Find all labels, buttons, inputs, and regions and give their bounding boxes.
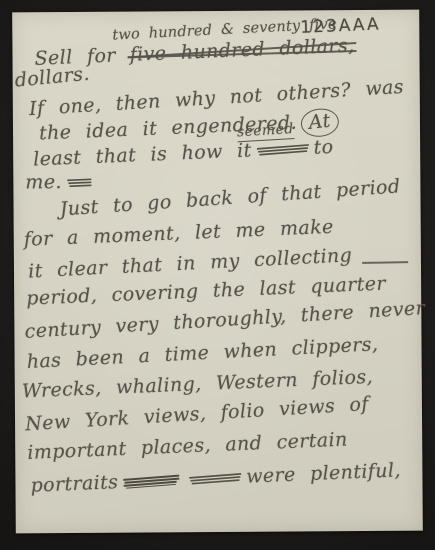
seemed-insert: seemed: [237, 121, 295, 142]
scribbled-out-word: [67, 177, 91, 188]
line-text: were plentiful,: [246, 459, 401, 487]
manuscript-line: me.: [25, 171, 96, 193]
manuscript-line: for a moment, let me make: [23, 216, 334, 251]
line-text: portraits: [30, 471, 119, 497]
scribbled-out-word: [123, 475, 180, 489]
manuscript-line: portraitswere plentiful,: [30, 459, 401, 496]
circled-word: At: [299, 107, 340, 139]
line-text: to: [313, 136, 334, 159]
manuscript-line: important places, and certain: [27, 429, 348, 464]
trailing-dash: [363, 261, 409, 264]
scribbled-out-word: [189, 472, 242, 486]
manuscript-line: Just to go back of that period: [59, 175, 401, 220]
line-text: me.: [25, 171, 62, 193]
manuscript-paper: two hundred & seventy five 123AAA Sell f…: [12, 10, 423, 534]
manuscript-line: dollars.: [14, 63, 91, 92]
manuscript-photo: { "document": { "description": "Handwrit…: [0, 0, 435, 550]
scribbled-out-word: [256, 143, 309, 157]
